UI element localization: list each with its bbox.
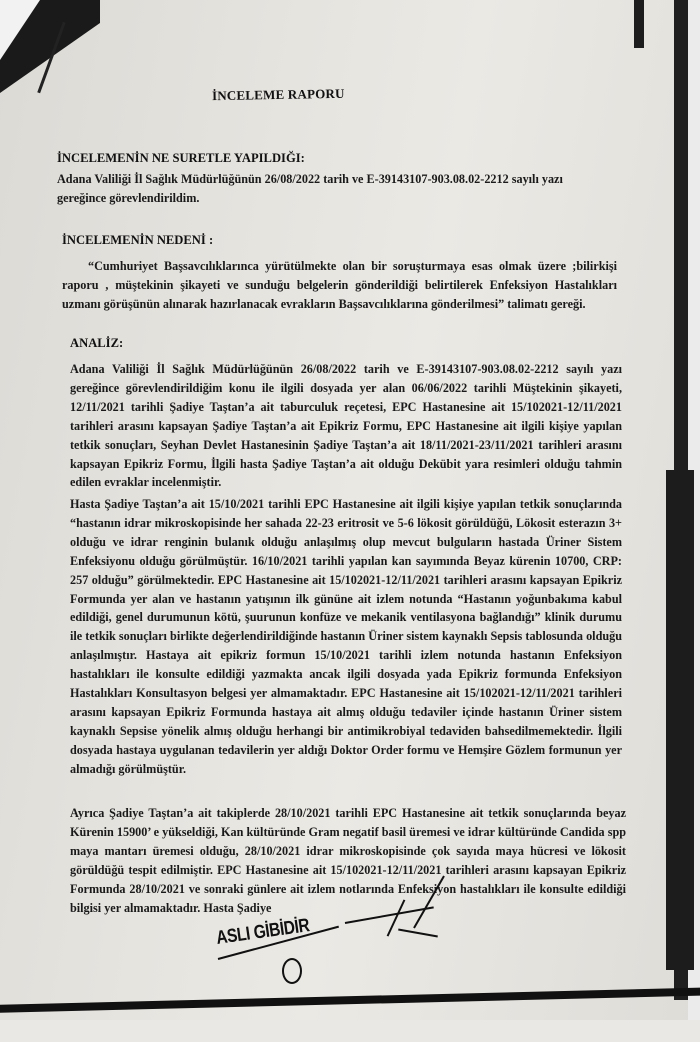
analysis-paragraph-2: Hasta Şadiye Taştan’a ait 15/10/2021 tar… [70, 495, 622, 779]
signature-loop [282, 958, 302, 984]
scan-edge-bar-right-lower [666, 470, 694, 970]
report-title: İNCELEME RAPORU [212, 86, 345, 104]
photographed-document-page: İNCELEME RAPORU İNCELEMENİN NE SURETLE Y… [0, 0, 700, 1042]
page-margin-bottom [0, 1020, 700, 1042]
section-paragraph-reason: “Cumhuriyet Başsavcılıklarınca yürütülme… [62, 257, 617, 314]
background-corner [0, 0, 40, 60]
scan-edge-bar-top [634, 0, 644, 48]
analysis-paragraph-1: Adana Valiliği İl Sağlık Müdürlüğünün 26… [70, 360, 622, 492]
section-heading-analysis: ANALİZ: [70, 336, 123, 351]
section-heading-reason: İNCELEMENİN NEDENİ : [62, 233, 213, 248]
section-paragraph-method: Adana Valiliği İl Sağlık Müdürlüğünün 26… [57, 170, 597, 208]
analysis-paragraph-3: Ayrıca Şadiye Taştan’a ait takiplerde 28… [70, 804, 626, 917]
section-heading-method: İNCELEMENİN NE SURETLE YAPILDIĞI: [57, 151, 305, 166]
signature-tail [398, 929, 438, 938]
scan-edge-line-bottom [0, 987, 700, 1013]
